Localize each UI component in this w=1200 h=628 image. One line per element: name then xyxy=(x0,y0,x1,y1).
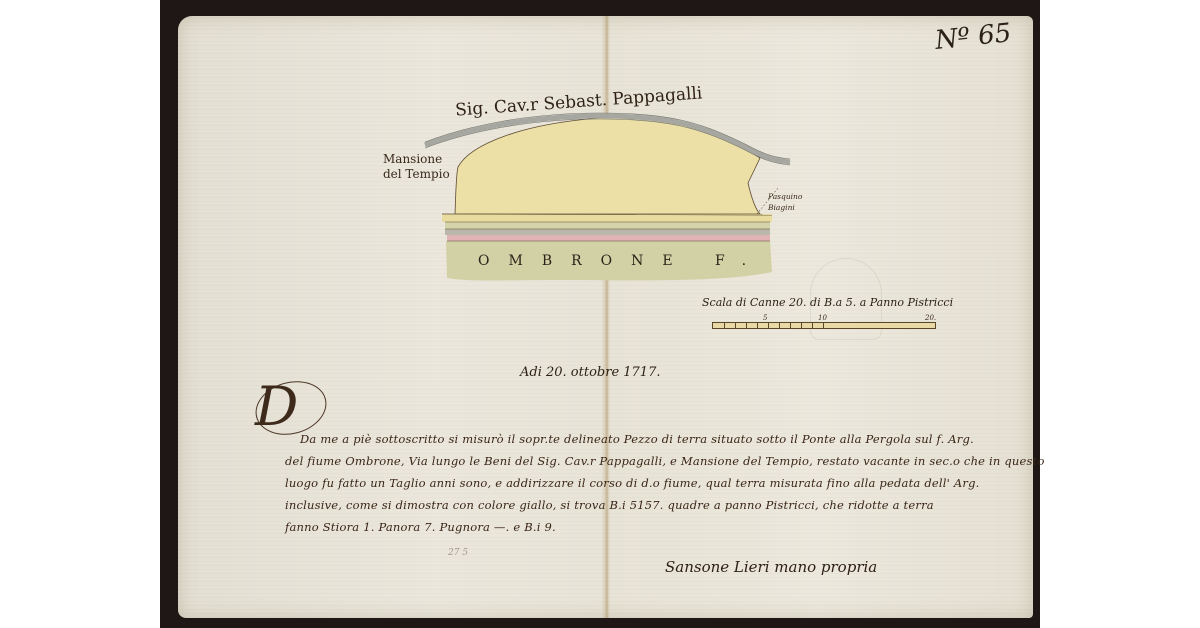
left-neighbor-line1: Mansione xyxy=(383,152,450,167)
body-line-5: fanno Stiora 1. Panora 7. Pugnora —. e B… xyxy=(285,520,556,534)
band-gray xyxy=(445,229,770,235)
body-line-4: inclusive, come si dimostra con colore g… xyxy=(285,498,934,512)
scale-tick-20: 20. xyxy=(925,314,936,322)
right-neighbor-line1: Pasquino xyxy=(768,191,802,202)
river-label: OMBRONE F. xyxy=(478,253,765,269)
scale-bar xyxy=(712,322,936,329)
scale-tick-5: 5 xyxy=(763,314,767,322)
body-line-3: luogo fu fatto un Taglio anni sono, e ad… xyxy=(285,476,980,490)
decorated-initial: D xyxy=(255,375,298,438)
scale-label: Scala di Canne 20. di B.a 5. a Panno Pis… xyxy=(702,296,953,309)
right-neighbor-label: Pasquino Biagini xyxy=(768,191,802,213)
left-neighbor-line2: del Tempio xyxy=(383,167,450,182)
band-pink xyxy=(447,235,770,241)
scale-tick-10: 10 xyxy=(818,314,827,322)
body-line-2: del fiume Ombrone, Via lungo le Beni del… xyxy=(285,454,1045,468)
pencil-note: 27 5 xyxy=(448,548,468,558)
body-line-1: Da me a piè sottoscritto si misurò il so… xyxy=(300,432,974,446)
signature: Sansone Lieri mano propria xyxy=(665,558,877,576)
date-line: Adi 20. ottobre 1717. xyxy=(520,365,661,380)
band-yellow xyxy=(442,214,772,222)
left-neighbor-label: Mansione del Tempio xyxy=(383,152,450,182)
band-green xyxy=(445,222,770,229)
right-neighbor-line2: Biagini xyxy=(768,202,802,213)
